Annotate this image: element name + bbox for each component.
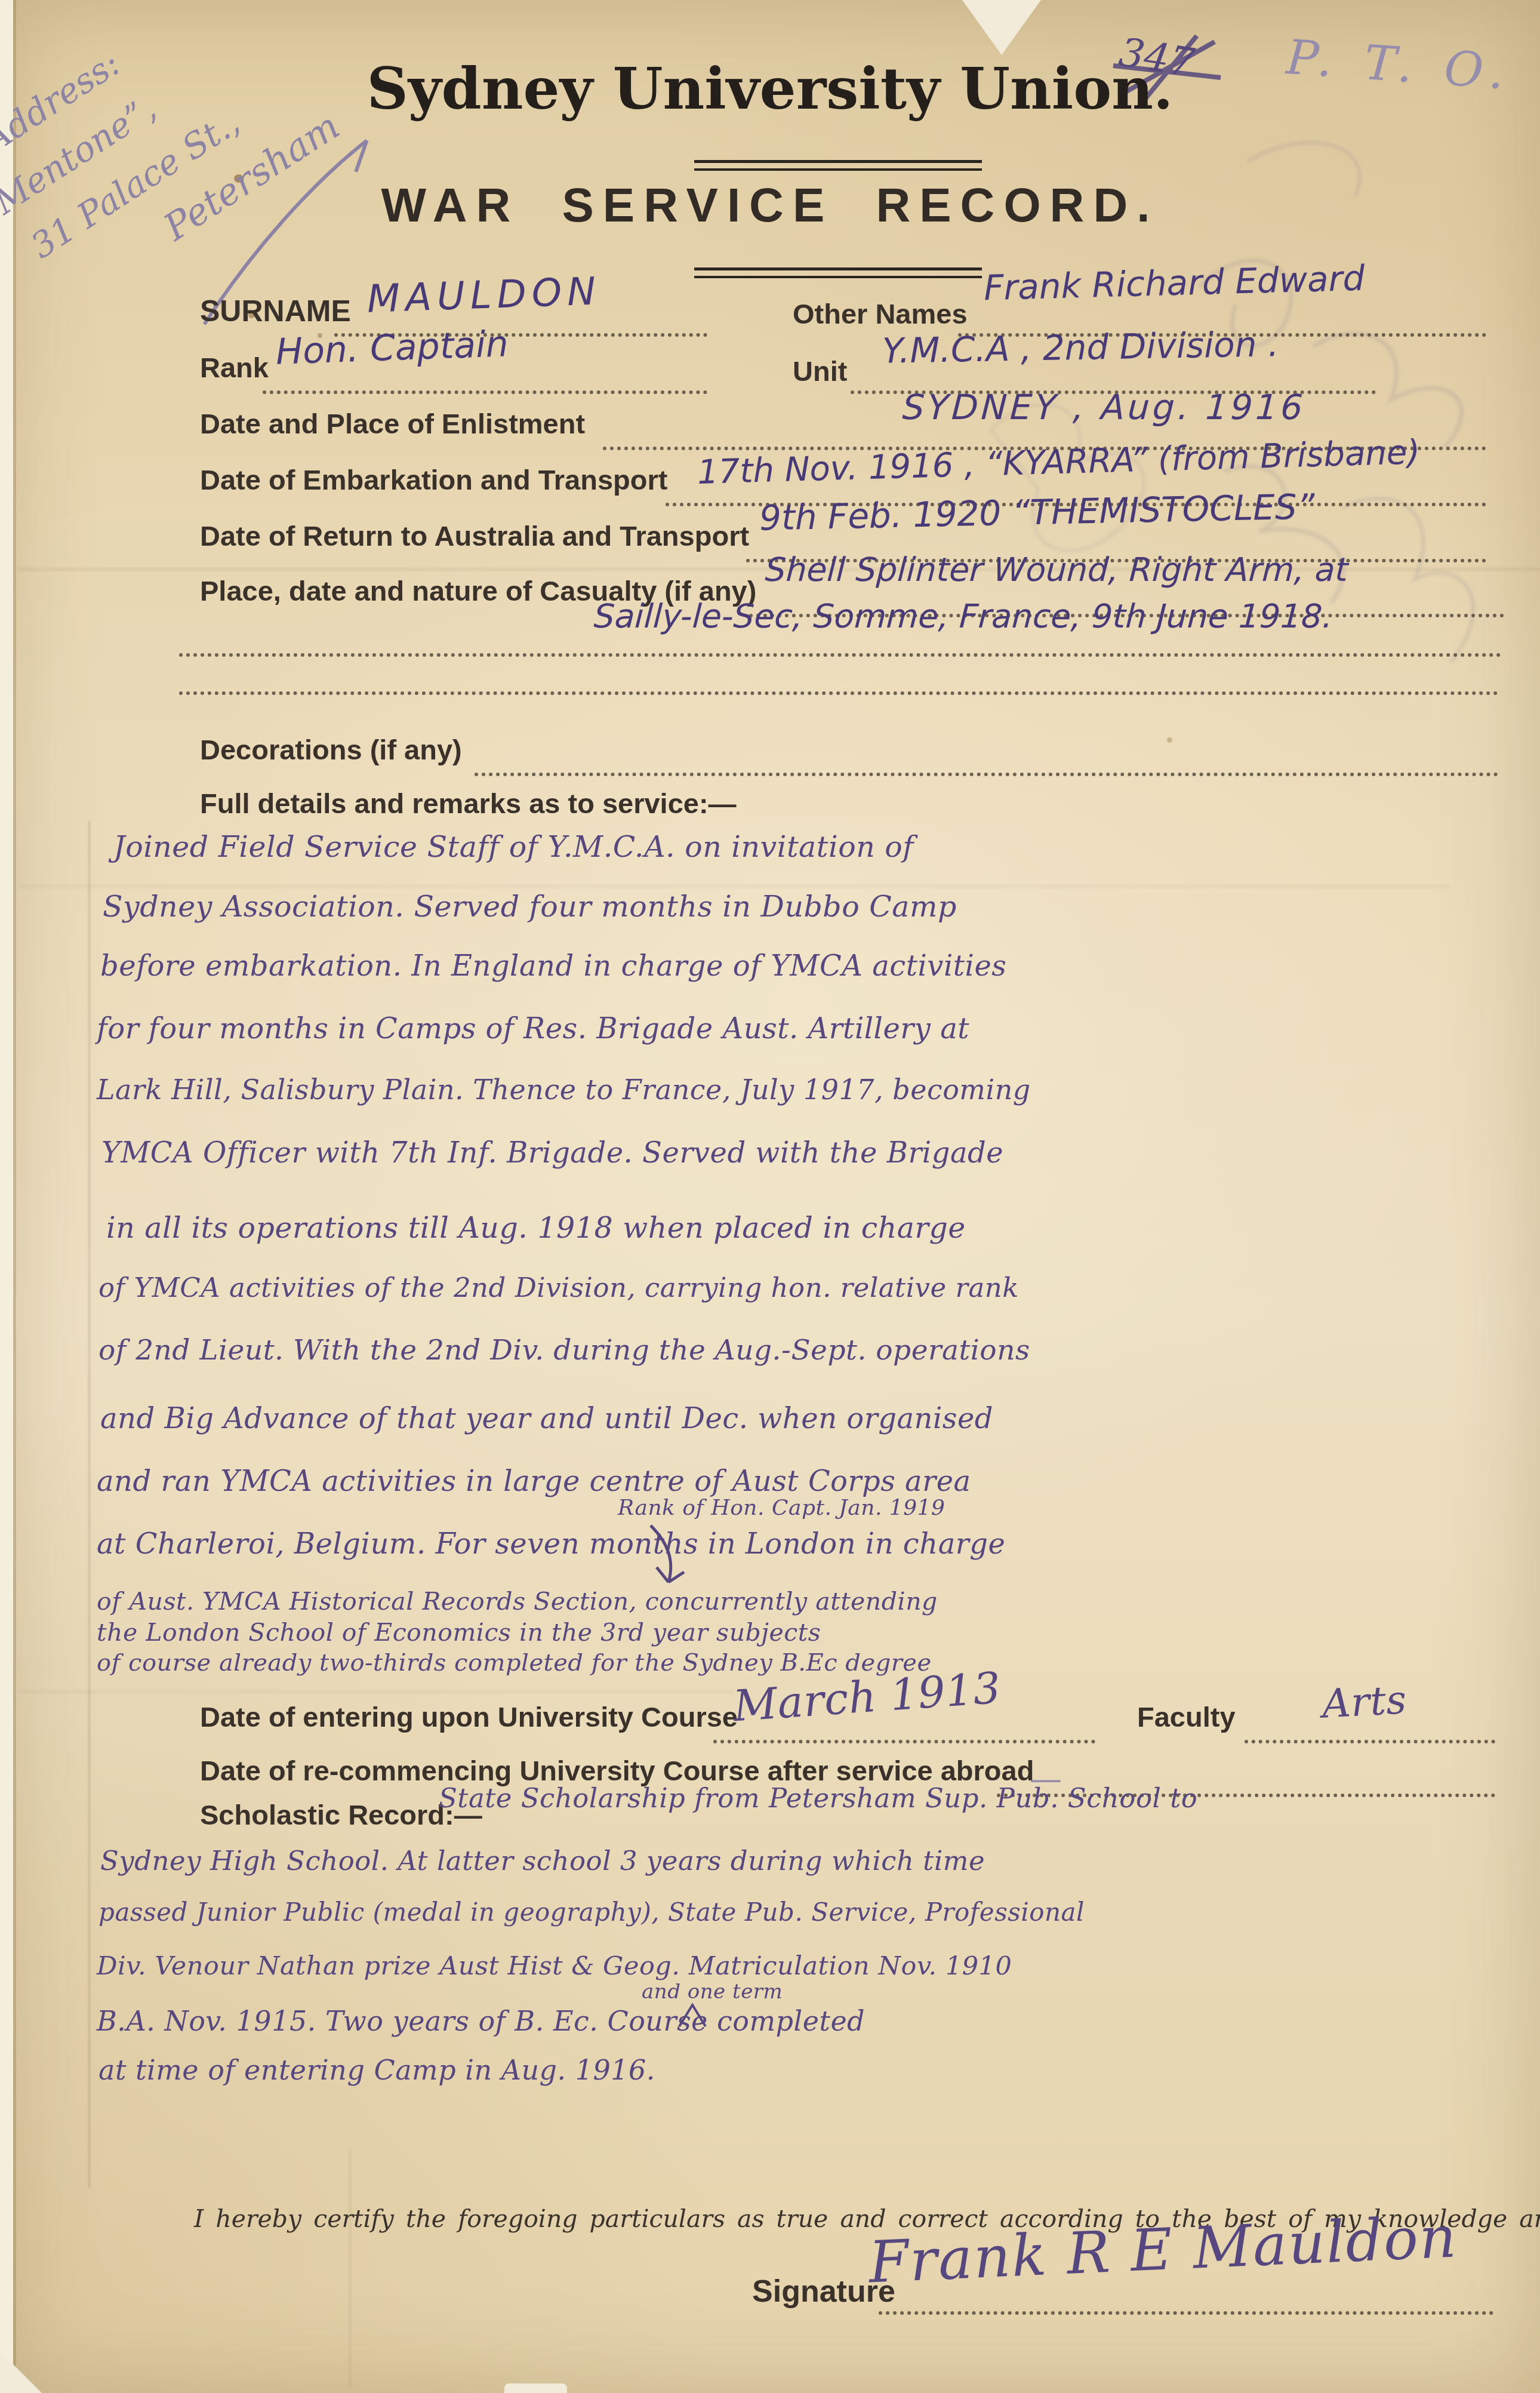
embarkation-label: Date of Embarkation and Transport xyxy=(200,463,667,496)
heading-double-rule xyxy=(694,267,982,278)
paper-edge xyxy=(13,0,16,2393)
fold-crease xyxy=(18,1691,734,1693)
entering-course-dots xyxy=(713,1736,1095,1743)
signature-dots xyxy=(879,2308,1493,2315)
unit-value: Y.M.C.A , 2nd Division . xyxy=(882,324,1279,371)
service-label: Full details and remarks as to service:— xyxy=(200,787,737,820)
fold-crease-vertical xyxy=(349,2149,351,2388)
page-heading: WAR SERVICE RECORD. xyxy=(0,178,1540,233)
blank-dotted-line xyxy=(179,688,1498,695)
rank-value: Hon. Captain xyxy=(275,323,509,373)
scholastic-line: Div. Venour Nathan prize Aust Hist & Geo… xyxy=(97,1951,1012,1981)
faculty-label: Faculty xyxy=(1137,1700,1236,1733)
surname-label: SURNAME xyxy=(200,294,351,328)
fold-crease-vertical xyxy=(88,821,90,2188)
service-line: Lark Hill, Salisbury Plain. Thence to Fr… xyxy=(97,1074,1031,1106)
service-line: for four months in Camps of Res. Brigade… xyxy=(97,1012,969,1045)
page-title: Sydney University Union. xyxy=(0,55,1540,122)
service-line: in all its operations till Aug. 1918 whe… xyxy=(106,1211,966,1245)
scanner-background-strip xyxy=(0,0,13,2393)
service-line: at Charleroi, Belgium. For seven months … xyxy=(97,1527,1005,1561)
service-line: before embarkation. In England in charge… xyxy=(100,949,1006,983)
service-line: the London School of Economics in the 3r… xyxy=(97,1618,821,1647)
decorations-label: Decorations (if any) xyxy=(200,733,462,766)
address-note: Address: “Mentone”, 31 Palace St., Peter… xyxy=(0,0,351,337)
fold-crease xyxy=(18,885,1450,887)
insert-caret xyxy=(645,1520,716,1591)
enlistment-value: SYDNEY , Aug. 1916 xyxy=(901,387,1307,427)
service-line: and Big Advance of that year and until D… xyxy=(100,1402,993,1435)
scholastic-insert-note: and one term xyxy=(642,1980,783,2004)
enlistment-label: Date and Place of Enlistment xyxy=(200,407,585,440)
unit-label: Unit xyxy=(793,355,847,387)
return-label: Date of Return to Australia and Transpor… xyxy=(200,519,749,552)
entering-course-label: Date of entering upon University Course xyxy=(200,1700,738,1733)
service-line: of YMCA activities of the 2nd Division, … xyxy=(98,1272,1019,1303)
insert-caret-small xyxy=(674,2000,710,2030)
scholastic-line: passed Junior Public (medal in geography… xyxy=(98,1897,1085,1927)
service-line: of course already two-thirds completed f… xyxy=(97,1649,932,1677)
scholastic-line: Sydney High School. At latter school 3 y… xyxy=(100,1845,985,1877)
service-line: of Aust. YMCA Historical Records Section… xyxy=(97,1587,938,1616)
service-line: and ran YMCA activities in large centre … xyxy=(97,1465,971,1498)
scholastic-line: at time of entering Camp in Aug. 1916. xyxy=(98,2054,655,2086)
paper-bottom-notch xyxy=(504,2383,567,2393)
paper-corner-wear xyxy=(0,2351,42,2393)
service-line: YMCA Officer with 7th Inf. Brigade. Serv… xyxy=(101,1136,1003,1170)
scholastic-line: B.A. Nov. 1915. Two years of B. Ec. Cour… xyxy=(97,2005,865,2037)
service-line: Sydney Association. Served four months i… xyxy=(103,890,957,924)
rank-dots xyxy=(263,387,707,394)
casualty-value-line1: Shell Splinter Wound, Right Arm, at xyxy=(764,550,1349,589)
rank-label: Rank xyxy=(200,351,269,384)
faculty-dots xyxy=(1245,1736,1495,1743)
service-line: Joined Field Service Staff of Y.M.C.A. o… xyxy=(113,830,914,864)
faculty-value: Arts xyxy=(1321,1677,1407,1727)
service-line: of 2nd Lieut. With the 2nd Div. during t… xyxy=(98,1334,1030,1367)
war-service-record-scan: Address: “Mentone”, 31 Palace St., Peter… xyxy=(0,0,1540,2393)
paper-tear xyxy=(962,0,1041,55)
casualty-value-line2: Sailly-le-Sec, Somme, France, 9th June 1… xyxy=(593,597,1333,635)
decorations-dots xyxy=(475,769,1498,776)
scholastic-line: State Scholarship from Petersham Sup. Pu… xyxy=(439,1782,1197,1814)
surname-value: MAULDON xyxy=(366,269,602,322)
other-names-label: Other Names xyxy=(793,297,968,330)
title-double-rule xyxy=(694,160,982,171)
casualty-continuation-dots xyxy=(179,650,1501,657)
service-insert-note: Rank of Hon. Capt. Jan. 1919 xyxy=(618,1496,945,1520)
